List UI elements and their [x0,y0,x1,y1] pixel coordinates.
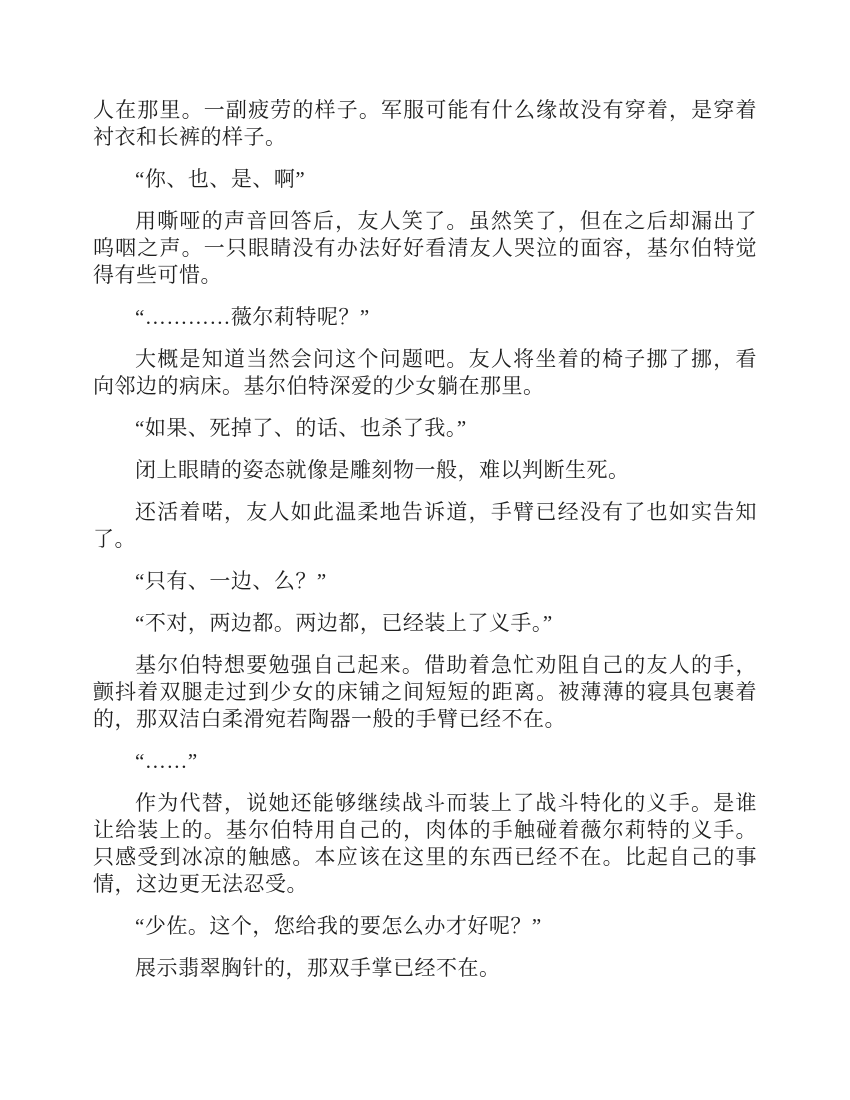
paragraph-narration: 基尔伯特想要勉强自己起来。借助着急忙劝阻自己的友人的手，颤抖着双腿走过到少女的床… [93,652,757,733]
paragraph-narration: 还活着喏，友人如此温柔地告诉道，手臂已经没有了也如实告知了。 [93,499,757,553]
text-block: 人在那里。一副疲劳的样子。军服可能有什么缘故没有穿着，是穿着衬衣和长裤的样子。 … [93,97,757,982]
paragraph-narration: 闭上眼睛的姿态就像是雕刻物一般，难以判断生死。 [93,457,757,484]
document-page: 人在那里。一副疲劳的样子。军服可能有什么缘故没有穿着，是穿着衬衣和长裤的样子。 … [0,0,850,1100]
paragraph-narration: 展示翡翠胸针的，那双手掌已经不在。 [93,955,757,982]
paragraph-narration: 作为代替，说她还能够继续战斗而装上了战斗特化的义手。是谁让给装上的。基尔伯特用自… [93,790,757,898]
paragraph-dialogue: “少佐。这个，您给我的要怎么办才好呢？” [93,913,757,940]
paragraph-dialogue: “只有、一边、么？” [93,568,757,595]
paragraph-dialogue: “不对，两边都。两边都，已经装上了义手。” [93,610,757,637]
paragraph-narration: 大概是知道当然会问这个问题吧。友人将坐着的椅子挪了挪，看向邻边的病床。基尔伯特深… [93,346,757,400]
paragraph-narration: 用嘶哑的声音回答后，友人笑了。虽然笑了，但在之后却漏出了呜咽之声。一只眼睛没有办… [93,208,757,289]
paragraph-dialogue: “……” [93,748,757,775]
paragraph-dialogue: “你、也、是、啊” [93,166,757,193]
paragraph-dialogue: “…………薇尔莉特呢？” [93,304,757,331]
paragraph-narration-continued: 人在那里。一副疲劳的样子。军服可能有什么缘故没有穿着，是穿着衬衣和长裤的样子。 [93,97,757,151]
paragraph-dialogue: “如果、死掉了、的话、也杀了我。” [93,415,757,442]
